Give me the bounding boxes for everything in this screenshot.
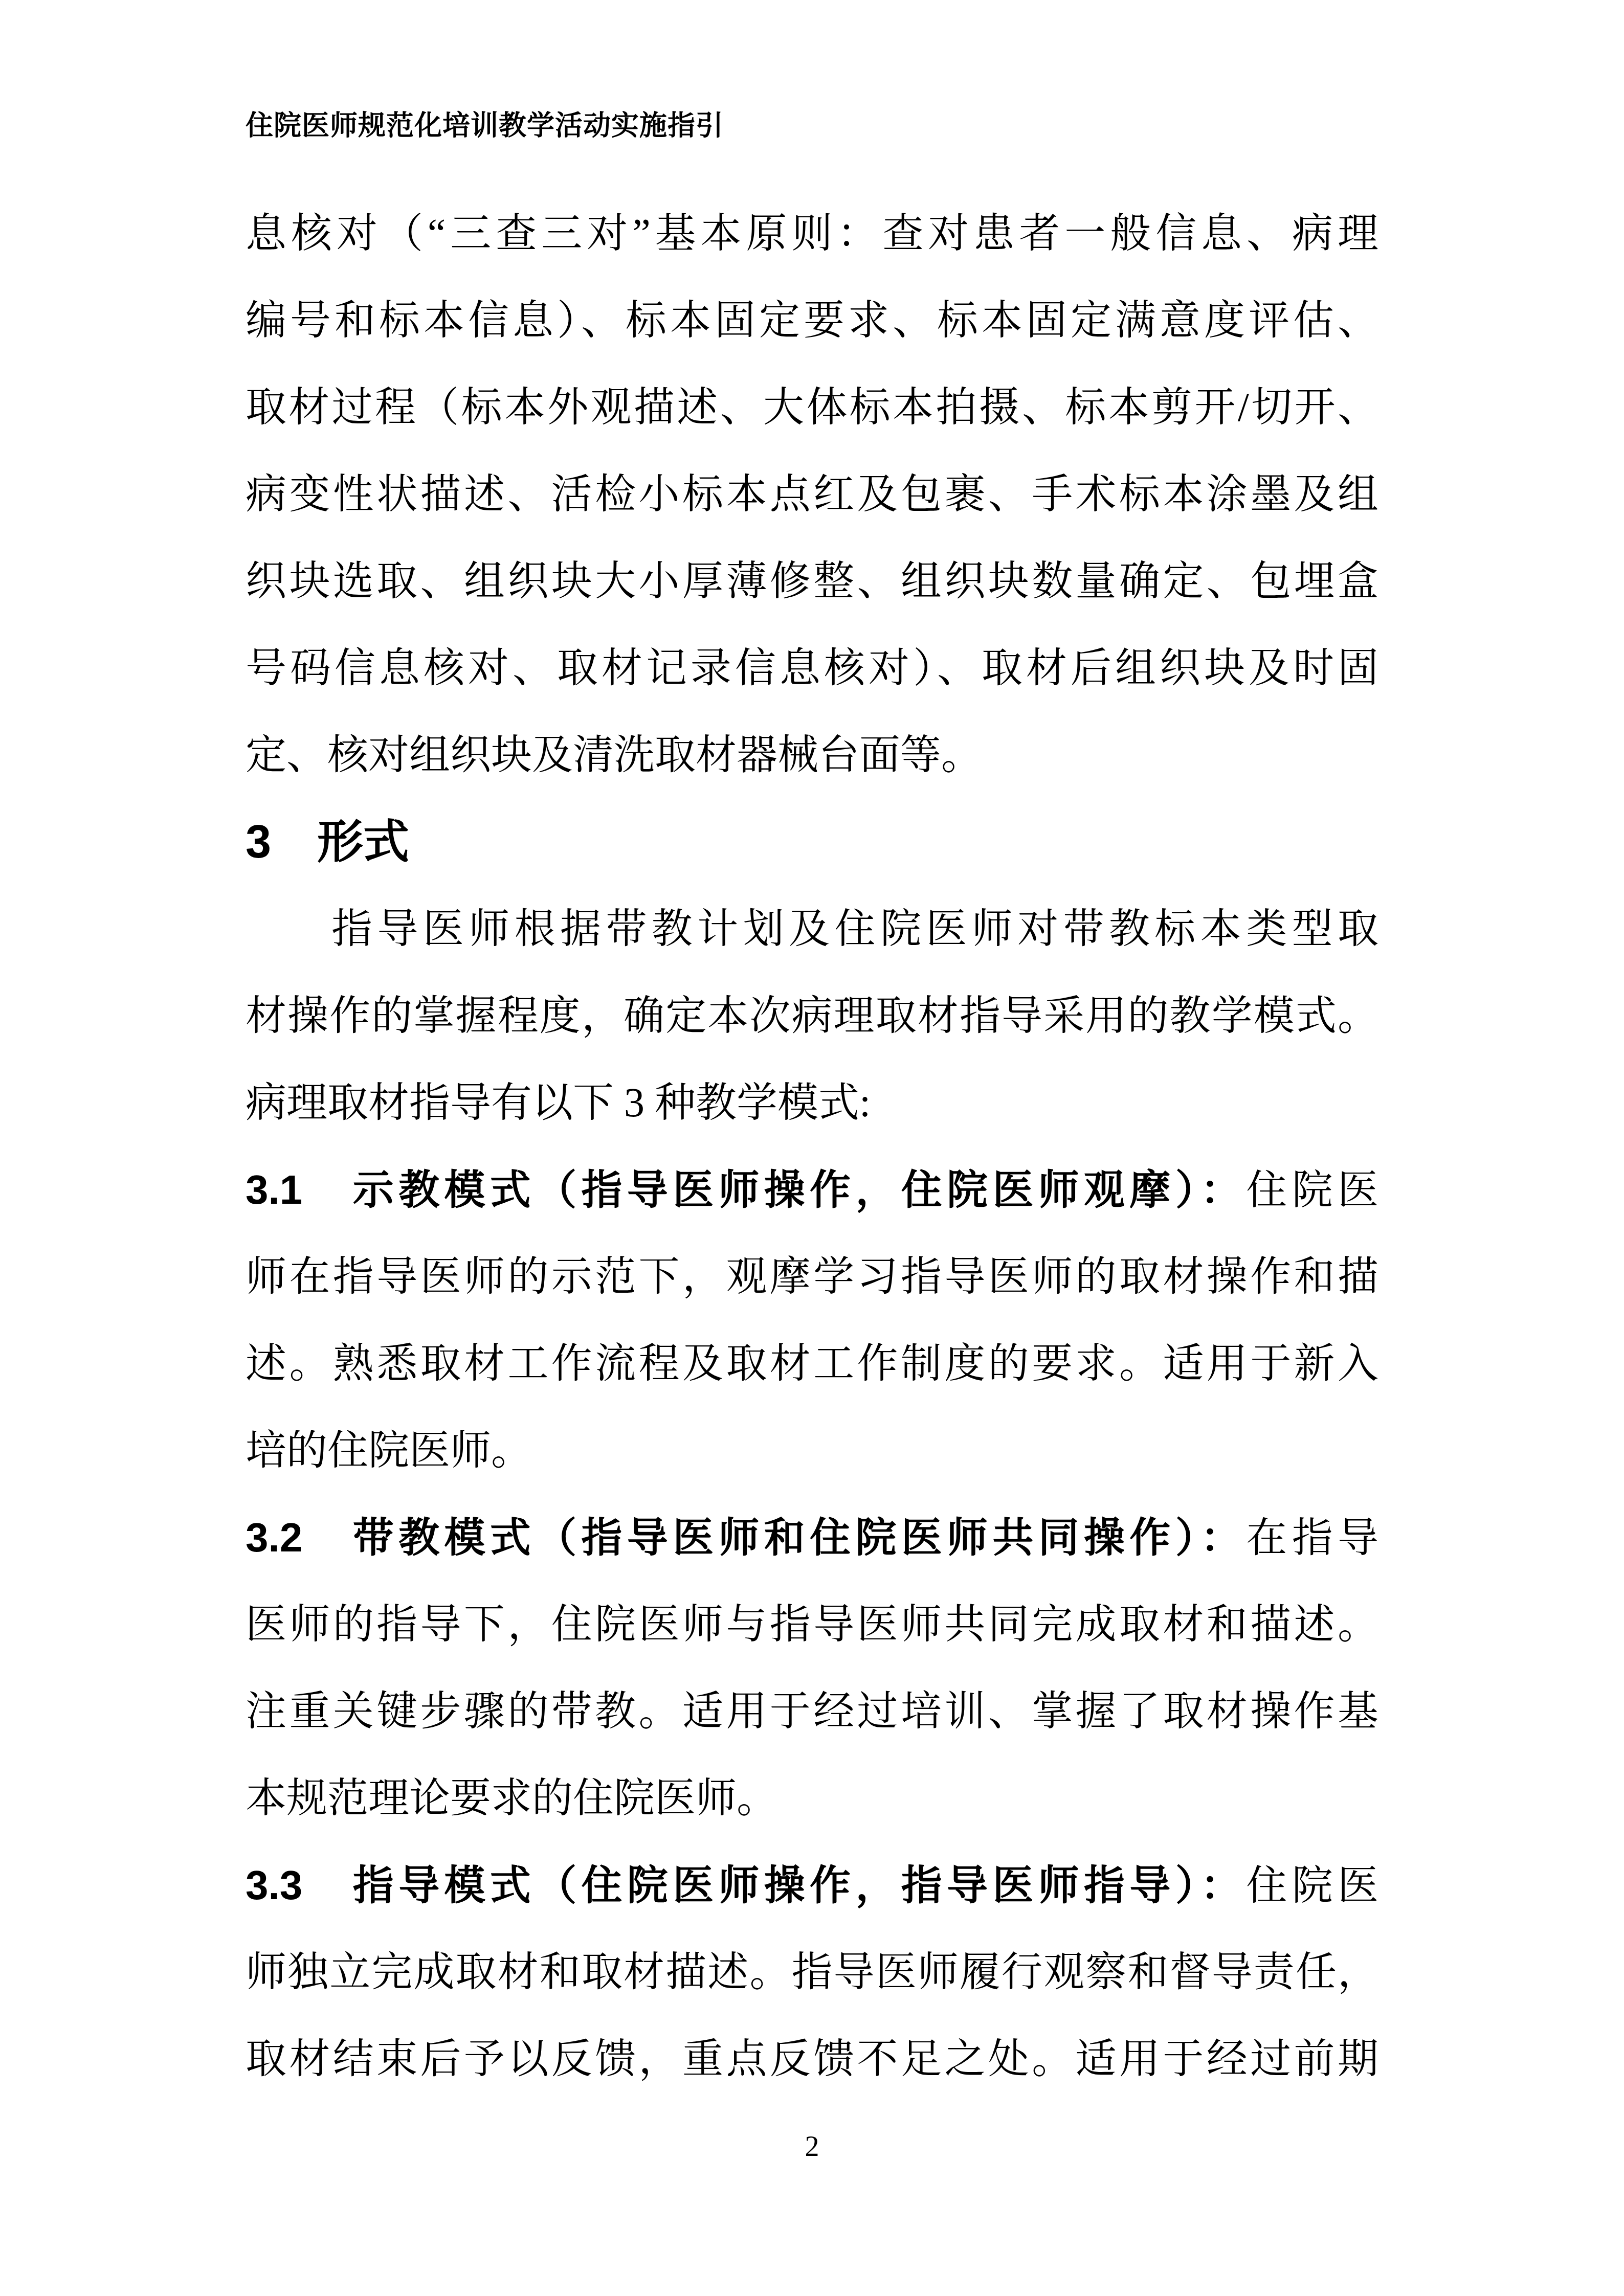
body-line: 病理取材指导有以下 3 种教学模式: (246, 1060, 1378, 1146)
body-line: 材操作的掌握程度，确定本次病理取材指导采用的教学模式。 (246, 973, 1378, 1060)
section-3-2-heading: 3.2 带教模式（指导医师和住院医师共同操作）： (246, 1515, 1246, 1560)
body-line: 取材结束后予以反馈，重点反馈不足之处。适用于经过前期 (246, 2016, 1378, 2103)
section-heading-3: 3 形式 (246, 799, 1378, 886)
body-line: 病变性状描述、活检小标本点红及包裹、手术标本涂墨及组 (246, 451, 1378, 538)
body-line: 师在指导医师的示范下，观摩学习指导医师的取材操作和描 (246, 1233, 1378, 1320)
section-3-1-lead-line: 3.1 示教模式（指导医师操作，住院医师观摩）：住院医 (246, 1146, 1378, 1233)
body-line: 述。熟悉取材工作流程及取材工作制度的要求。适用于新入 (246, 1320, 1378, 1407)
body-line: 号码信息核对、取材记录信息核对）、取材后组织块及时固 (246, 625, 1378, 712)
body-line: 注重关键步骤的带教。适用于经过培训、掌握了取材操作基 (246, 1668, 1378, 1755)
body-text: 住院医 (1246, 1168, 1378, 1213)
body-line: 定、核对组织块及清洗取材器械台面等。 (246, 712, 1378, 799)
body-line: 指导医师根据带教计划及住院医师对带教标本类型取 (246, 886, 1378, 973)
body-line: 培的住院医师。 (246, 1407, 1378, 1494)
body-line: 取材过程（标本外观描述、大体标本拍摄、标本剪开/切开、 (246, 364, 1378, 451)
body-line: 师独立完成取材和取材描述。指导医师履行观察和督导责任， (246, 1929, 1378, 2016)
body-line: 息核对（“三查三对”基本原则：查对患者一般信息、病理 (246, 190, 1378, 277)
body-line: 织块选取、组织块大小厚薄修整、组织块数量确定、包埋盒 (246, 538, 1378, 625)
document-body: 息核对（“三查三对”基本原则：查对患者一般信息、病理 编号和标本信息）、标本固定… (246, 190, 1378, 2103)
section-3-2-lead-line: 3.2 带教模式（指导医师和住院医师共同操作）：在指导 (246, 1494, 1378, 1581)
page-number: 2 (0, 2126, 1624, 2167)
body-text: 在指导 (1246, 1516, 1378, 1561)
section-3-3-heading: 3.3 指导模式（住院医师操作，指导医师指导）： (246, 1862, 1246, 1908)
body-line: 编号和标本信息）、标本固定要求、标本固定满意度评估、 (246, 277, 1378, 364)
section-3-3-lead-line: 3.3 指导模式（住院医师操作，指导医师指导）：住院医 (246, 1842, 1378, 1929)
body-line: 医师的指导下，住院医师与指导医师共同完成取材和描述。 (246, 1581, 1378, 1668)
document-page: 住院医师规范化培训教学活动实施指引 息核对（“三查三对”基本原则：查对患者一般信… (0, 0, 1624, 2296)
section-3-1-heading: 3.1 示教模式（指导医师操作，住院医师观摩）： (246, 1167, 1246, 1212)
body-text: 住院医 (1246, 1863, 1378, 1908)
body-line: 本规范理论要求的住院医师。 (246, 1755, 1378, 1842)
document-header: 住院医师规范化培训教学活动实施指引 (246, 108, 724, 143)
